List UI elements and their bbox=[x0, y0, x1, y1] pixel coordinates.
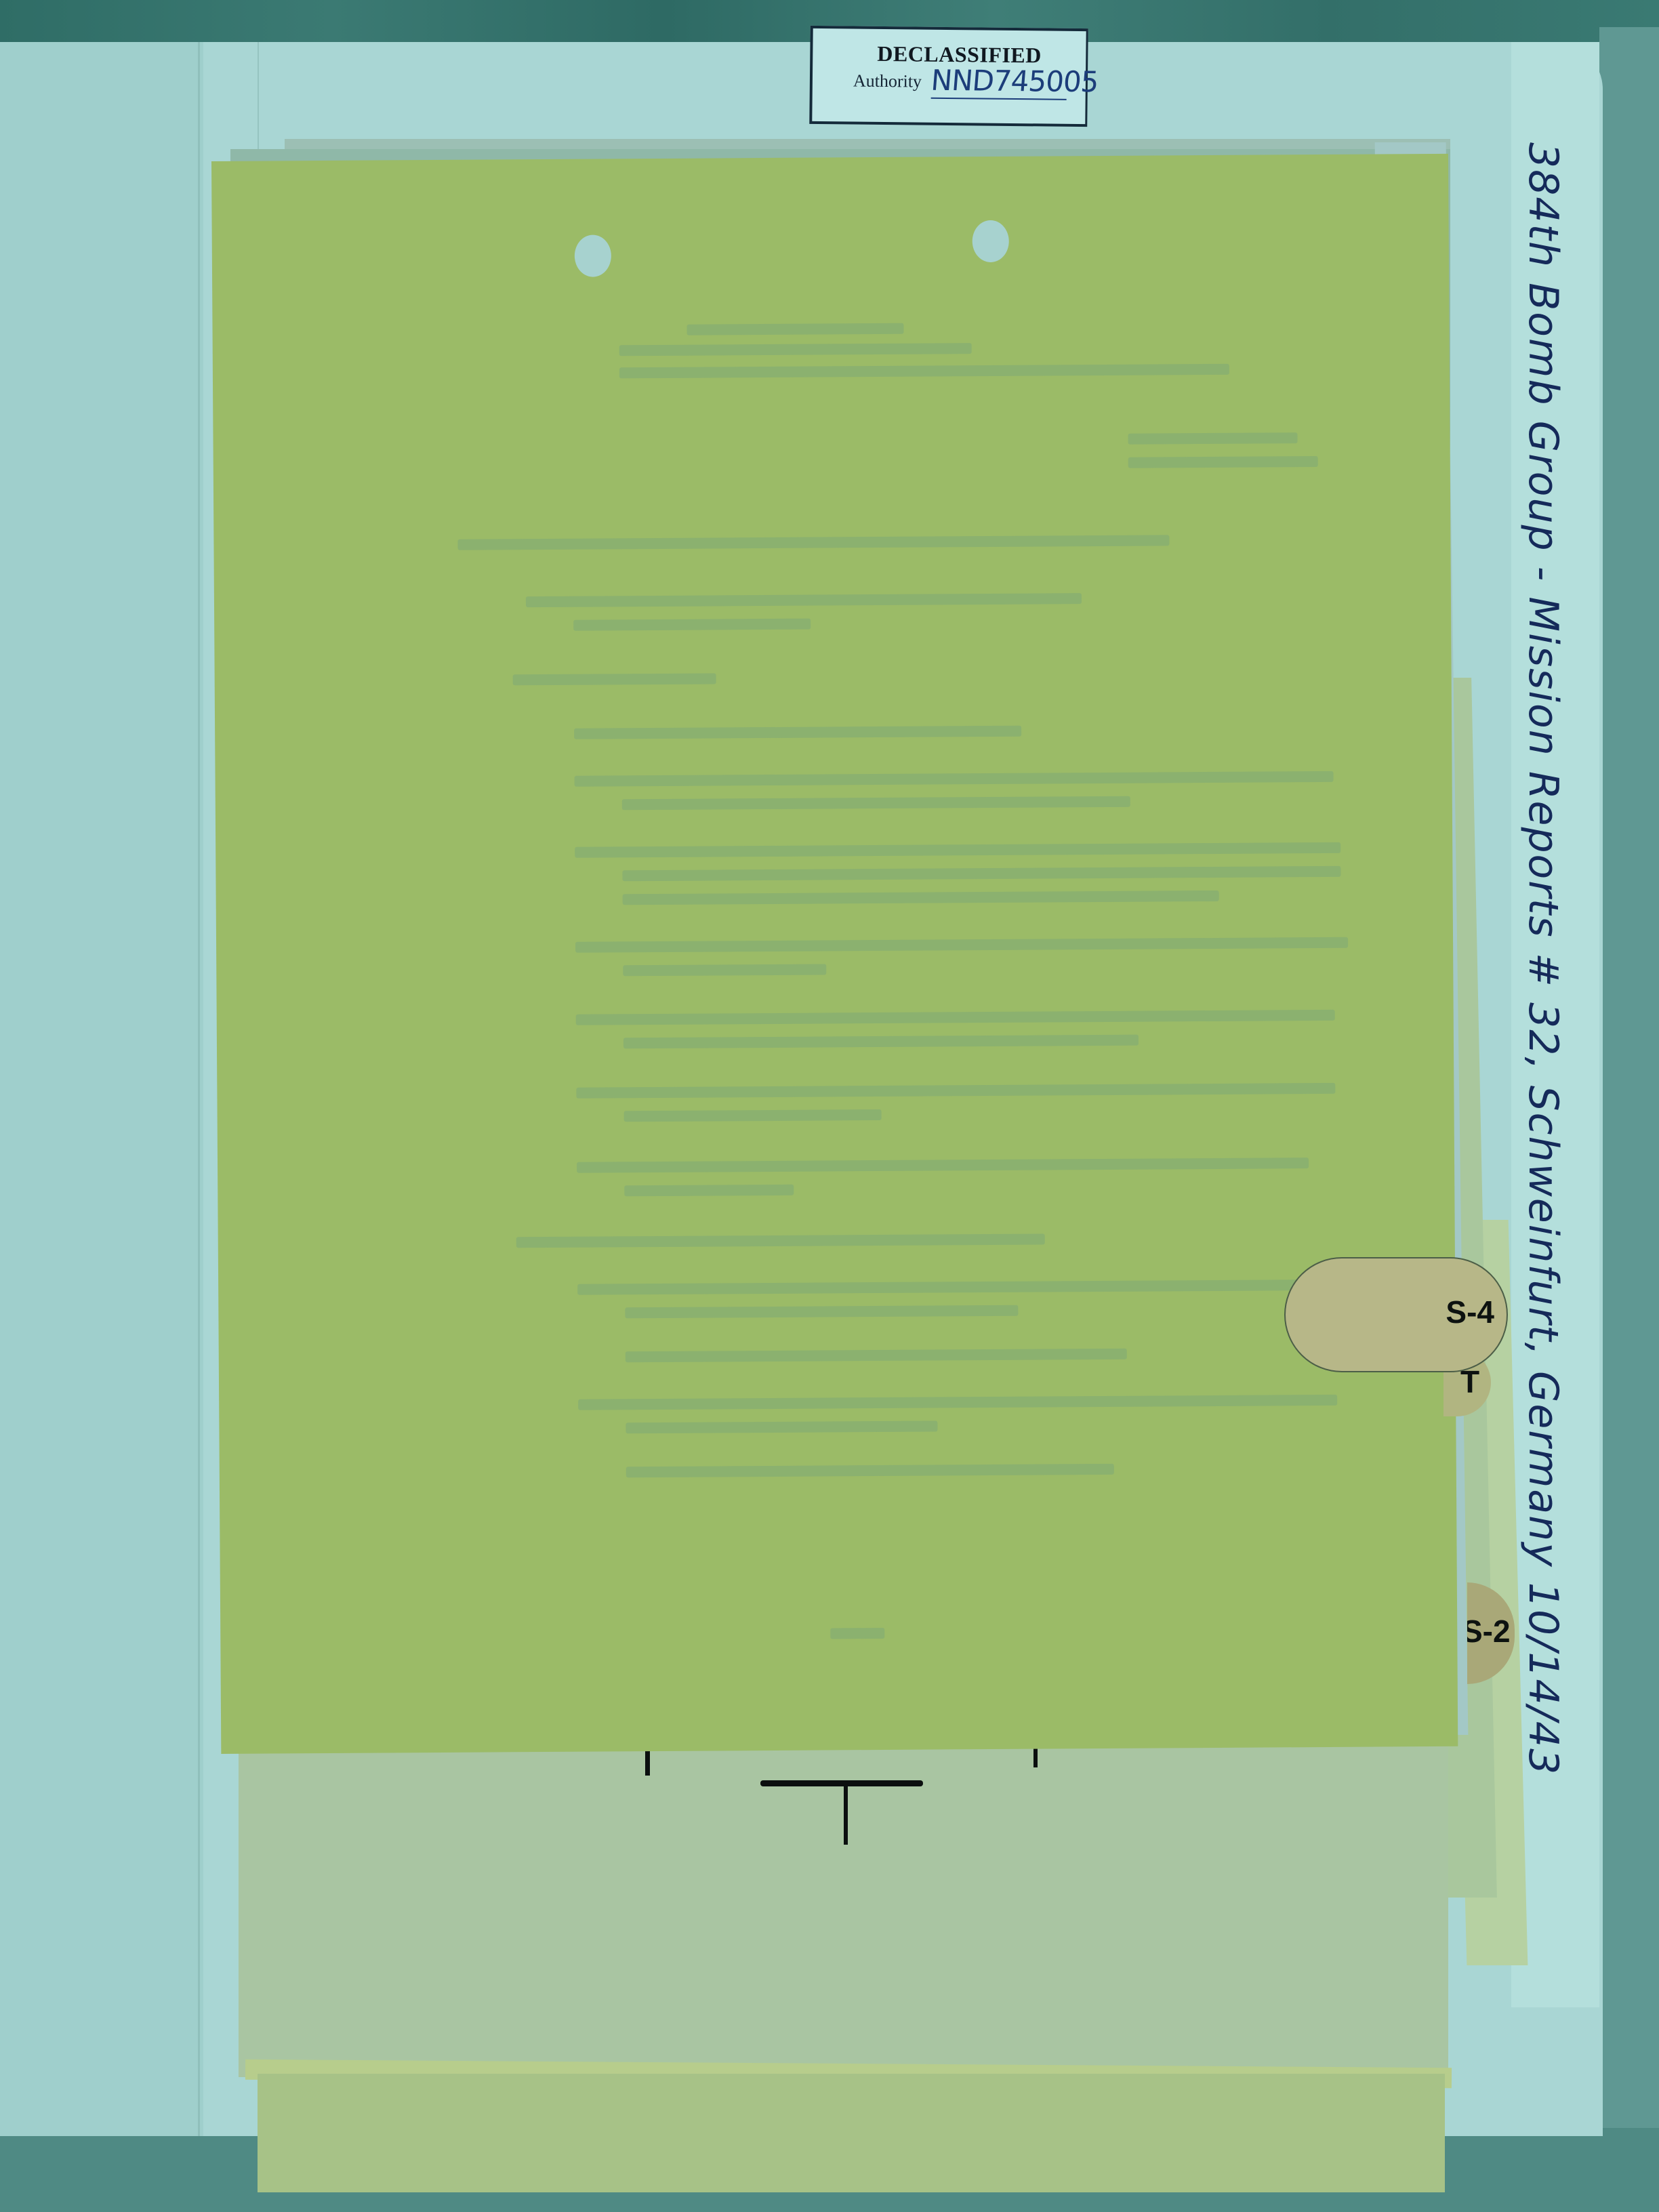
faded-text-line bbox=[619, 364, 1229, 378]
faded-text-line bbox=[573, 619, 811, 631]
faded-text-line bbox=[624, 1109, 882, 1122]
faded-text-line bbox=[619, 343, 972, 356]
faded-text-line bbox=[626, 1349, 1127, 1363]
ink-mark-t-stem bbox=[844, 1784, 848, 1845]
background-right bbox=[1599, 27, 1659, 2212]
faded-typed-text bbox=[211, 154, 1458, 1754]
faded-text-line bbox=[575, 937, 1348, 953]
stamp-authority-value: NND745005 bbox=[930, 64, 1099, 99]
folder-crease bbox=[198, 42, 200, 2136]
faded-text-line bbox=[576, 1010, 1335, 1025]
mission-report-page bbox=[211, 154, 1458, 1754]
faded-text-line bbox=[625, 1305, 1018, 1319]
faded-text-line bbox=[830, 1628, 884, 1639]
handwritten-spine-text: 384th Bomb Group - Mission Reports # 32,… bbox=[1519, 142, 1567, 1776]
faded-text-line bbox=[516, 1234, 1045, 1248]
faded-text-line bbox=[622, 796, 1130, 811]
faded-text-line bbox=[623, 1035, 1139, 1049]
faded-text-line bbox=[575, 771, 1334, 787]
faded-text-line bbox=[626, 1420, 937, 1433]
faded-text-line bbox=[623, 964, 826, 976]
faded-text-line bbox=[513, 673, 716, 685]
bottom-sheet bbox=[258, 2074, 1445, 2192]
faded-text-line bbox=[457, 535, 1169, 550]
faded-text-line bbox=[1128, 432, 1297, 445]
faded-text-line bbox=[577, 1279, 1336, 1295]
faded-text-line bbox=[622, 866, 1340, 881]
stamp-authority-label: Authority bbox=[853, 71, 922, 92]
faded-text-line bbox=[626, 1464, 1114, 1477]
faded-text-line bbox=[578, 1395, 1337, 1410]
faded-text-line bbox=[576, 1083, 1335, 1099]
faded-text-line bbox=[687, 323, 903, 335]
faded-text-line bbox=[624, 1185, 794, 1197]
divider-tab-s4[interactable]: S-4 bbox=[1284, 1257, 1508, 1372]
folder-left-panel bbox=[0, 42, 203, 2136]
faded-text-line bbox=[577, 1158, 1309, 1173]
faded-text-line bbox=[575, 842, 1340, 858]
faded-text-line bbox=[526, 593, 1082, 607]
tab-label: S-4 bbox=[1446, 1294, 1494, 1330]
faded-text-line bbox=[623, 890, 1219, 905]
tab-label: S-2 bbox=[1467, 1613, 1511, 1650]
faded-text-line bbox=[574, 726, 1021, 739]
ink-mark-t-bar bbox=[760, 1780, 923, 1786]
declassified-stamp: DECLASSIFIED Authority NND745005 bbox=[809, 26, 1088, 127]
faded-text-line bbox=[1128, 456, 1318, 468]
